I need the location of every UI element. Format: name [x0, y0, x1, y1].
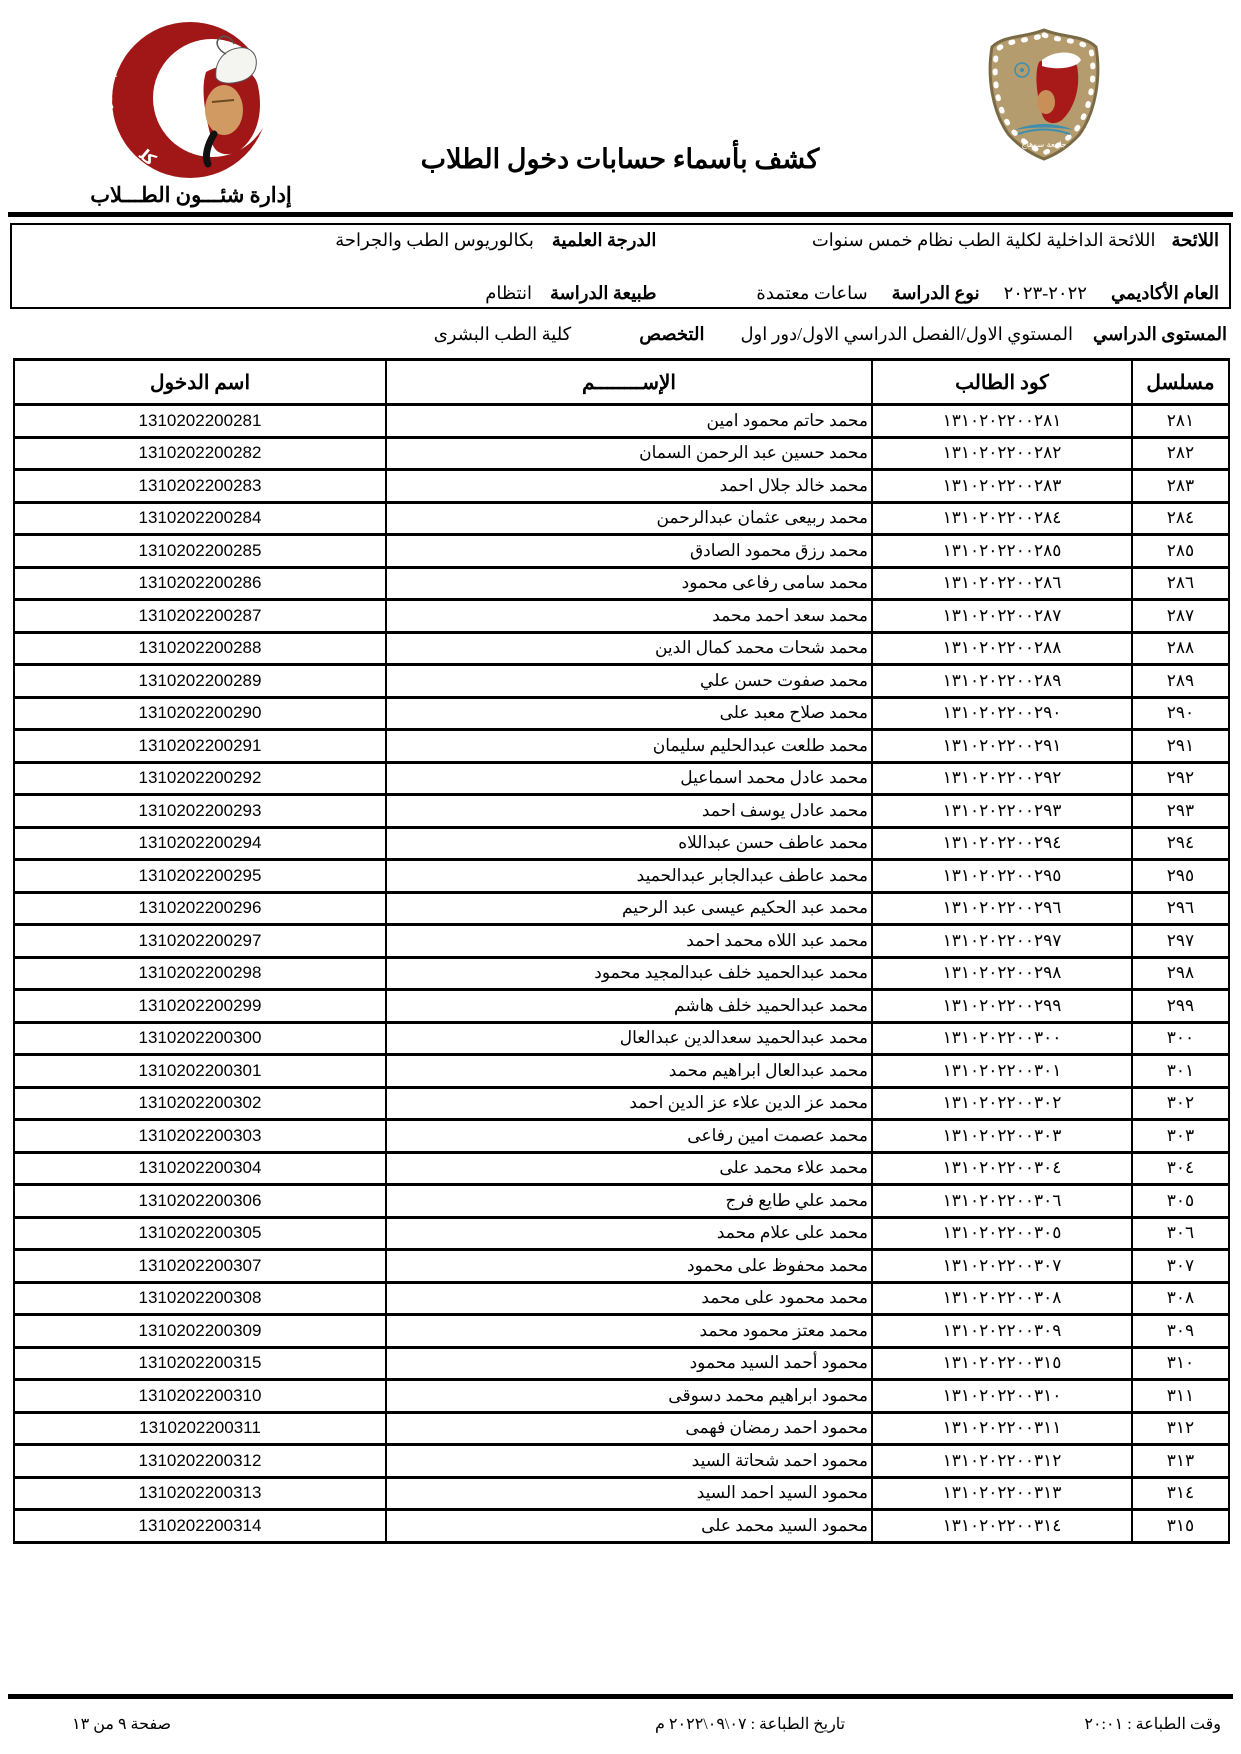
table-row: ٣٠٨١٣١٠٢٠٢٢٠٠٣٠٨محمد محمود على محمد13102…	[14, 1282, 1229, 1315]
cell-login: 1310202200312	[14, 1445, 386, 1478]
cell-code: ١٣١٠٢٠٢٢٠٠٢٨٤	[872, 502, 1132, 535]
cell-name: محمد عبدالعال ابراهيم محمد	[386, 1055, 872, 1088]
table-row: ٢٩١١٣١٠٢٠٢٢٠٠٢٩١محمد طلعت عبدالحليم سليم…	[14, 730, 1229, 763]
cell-login: 1310202200281	[14, 405, 386, 438]
table-row: ٢٩٦١٣١٠٢٠٢٢٠٠٢٩٦محمد عبد الحكيم عيسى عبد…	[14, 892, 1229, 925]
cell-serial: ٣٠٦	[1132, 1217, 1229, 1250]
cell-serial: ٢٩٨	[1132, 957, 1229, 990]
cell-code: ١٣١٠٢٠٢٢٠٠٢٨٢	[872, 437, 1132, 470]
level-value: المستوي الاول/الفصل الدراسي الاول/دور او…	[740, 324, 1073, 345]
level-row: المستوى الدراسي المستوي الاول/الفصل الدر…	[14, 324, 1227, 345]
cell-login: 1310202200306	[14, 1185, 386, 1218]
degree-label: الدرجة العلمية	[552, 230, 657, 251]
cell-serial: ٣٠٤	[1132, 1152, 1229, 1185]
cell-code: ١٣١٠٢٠٢٢٠٠٢٨٣	[872, 470, 1132, 503]
report-page: جامعة سوهاج كلية الطب إدارة شئـــون الطـ…	[0, 0, 1241, 1754]
table-row: ٣٠٣١٣١٠٢٠٢٢٠٠٣٠٣محمد عصمت امين رفاعى1310…	[14, 1120, 1229, 1153]
cell-serial: ٢٩٦	[1132, 892, 1229, 925]
cell-code: ١٣١٠٢٠٢٢٠٠٣١١	[872, 1412, 1132, 1445]
cell-code: ١٣١٠٢٠٢٢٠٠٣١٠	[872, 1380, 1132, 1413]
cell-code: ١٣١٠٢٠٢٢٠٠٣٠٤	[872, 1152, 1132, 1185]
cell-login: 1310202200294	[14, 827, 386, 860]
cell-login: 1310202200283	[14, 470, 386, 503]
table-header-row: مسلسل كود الطالب الإســــــــم اسم الدخو…	[14, 360, 1229, 405]
table-row: ٣٠٦١٣١٠٢٠٢٢٠٠٣٠٥محمد على علام محمد131020…	[14, 1217, 1229, 1250]
cell-login: 1310202200286	[14, 567, 386, 600]
footer-divider	[8, 1694, 1233, 1699]
cell-login: 1310202200311	[14, 1412, 386, 1445]
cell-name: محمد صفوت حسن علي	[386, 665, 872, 698]
cell-name: محمد معتز محمود محمد	[386, 1315, 872, 1348]
cell-serial: ٢٩١	[1132, 730, 1229, 763]
cell-code: ١٣١٠٢٠٢٢٠٠٣٠٦	[872, 1185, 1132, 1218]
cell-login: 1310202200301	[14, 1055, 386, 1088]
cell-name: محمد علي طايع فرج	[386, 1185, 872, 1218]
cell-serial: ٢٨٥	[1132, 535, 1229, 568]
cell-code: ١٣١٠٢٠٢٢٠٠٣٠٩	[872, 1315, 1132, 1348]
table-row: ٣١٤١٣١٠٢٠٢٢٠٠٣١٣محمود السيد احمد السيد13…	[14, 1477, 1229, 1510]
cell-login: 1310202200291	[14, 730, 386, 763]
cell-name: محمود احمد رمضان فهمى	[386, 1412, 872, 1445]
cell-name: محمود احمد شحاتة السيد	[386, 1445, 872, 1478]
faculty-of-medicine-logo: جامعة سوهاج كلية الطب	[88, 10, 318, 185]
cell-serial: ٣٠٥	[1132, 1185, 1229, 1218]
cell-name: محمد خالد جلال احمد	[386, 470, 872, 503]
department-label: إدارة شئـــون الطـــلاب	[50, 183, 332, 208]
table-row: ٢٨٢١٣١٠٢٠٢٢٠٠٢٨٢محمد حسين عبد الرحمن الس…	[14, 437, 1229, 470]
table-row: ٣١٠١٣١٠٢٠٢٢٠٠٣١٥محمود أحمد السيد محمود13…	[14, 1347, 1229, 1380]
cell-name: محمد عادل يوسف احمد	[386, 795, 872, 828]
table-row: ٢٩٥١٣١٠٢٠٢٢٠٠٢٩٥محمد عاطف عبدالجابر عبدا…	[14, 860, 1229, 893]
cell-name: محمد عز الدين علاء عز الدين احمد	[386, 1087, 872, 1120]
cell-login: 1310202200285	[14, 535, 386, 568]
study-nature-label: طبيعة الدراسة	[550, 283, 656, 304]
cell-name: محمد طلعت عبدالحليم سليمان	[386, 730, 872, 763]
cell-name: محمد علاء محمد على	[386, 1152, 872, 1185]
cell-login: 1310202200288	[14, 632, 386, 665]
cell-code: ١٣١٠٢٠٢٢٠٠٢٩١	[872, 730, 1132, 763]
table-row: ٣٠٧١٣١٠٢٠٢٢٠٠٣٠٧محمد محفوظ على محمود1310…	[14, 1250, 1229, 1283]
print-time: وقت الطباعة : ٢٠:٠١	[1084, 1714, 1221, 1734]
cell-login: 1310202200303	[14, 1120, 386, 1153]
cell-serial: ٢٩٠	[1132, 697, 1229, 730]
cell-login: 1310202200293	[14, 795, 386, 828]
cell-name: محمد عاطف عبدالجابر عبدالحميد	[386, 860, 872, 893]
cell-code: ١٣١٠٢٠٢٢٠٠٣٠٧	[872, 1250, 1132, 1283]
cell-login: 1310202200313	[14, 1477, 386, 1510]
cell-code: ١٣١٠٢٠٢٢٠٠٢٩٨	[872, 957, 1132, 990]
cell-serial: ٢٩٧	[1132, 925, 1229, 958]
cell-code: ١٣١٠٢٠٢٢٠٠٣٠٢	[872, 1087, 1132, 1120]
academic-year-label: العام الأكاديمي	[1111, 283, 1219, 304]
cell-name: محمود ابراهيم محمد دسوقى	[386, 1380, 872, 1413]
cell-code: ١٣١٠٢٠٢٢٠٠٢٩٥	[872, 860, 1132, 893]
table-row: ٢٩٤١٣١٠٢٠٢٢٠٠٢٩٤محمد عاطف حسن عبداللاه13…	[14, 827, 1229, 860]
degree-value: بكالوريوس الطب والجراحة	[335, 230, 534, 251]
cell-serial: ٢٨٤	[1132, 502, 1229, 535]
cell-login: 1310202200305	[14, 1217, 386, 1250]
cell-name: محمود أحمد السيد محمود	[386, 1347, 872, 1380]
cell-login: 1310202200298	[14, 957, 386, 990]
table-row: ٢٩٢١٣١٠٢٠٢٢٠٠٢٩٢محمد عادل محمد اسماعيل13…	[14, 762, 1229, 795]
cell-name: محمد عصمت امين رفاعى	[386, 1120, 872, 1153]
cell-code: ١٣١٠٢٠٢٢٠٠٣١٢	[872, 1445, 1132, 1478]
header-serial: مسلسل	[1132, 360, 1229, 405]
header-student-code: كود الطالب	[872, 360, 1132, 405]
table-row: ٣١٣١٣١٠٢٠٢٢٠٠٣١٢محمود احمد شحاتة السيد13…	[14, 1445, 1229, 1478]
cell-login: 1310202200295	[14, 860, 386, 893]
cell-login: 1310202200309	[14, 1315, 386, 1348]
cell-serial: ٣٠٧	[1132, 1250, 1229, 1283]
cell-code: ١٣١٠٢٠٢٢٠٠٢٨١	[872, 405, 1132, 438]
cell-login: 1310202200296	[14, 892, 386, 925]
cell-serial: ٢٩٥	[1132, 860, 1229, 893]
cell-login: 1310202200315	[14, 1347, 386, 1380]
study-nature-value: انتظام	[485, 283, 532, 304]
cell-code: ١٣١٠٢٠٢٢٠٠٣١٣	[872, 1477, 1132, 1510]
cell-login: 1310202200284	[14, 502, 386, 535]
cell-code: ١٣١٠٢٠٢٢٠٠٢٩٣	[872, 795, 1132, 828]
cell-serial: ٣٠١	[1132, 1055, 1229, 1088]
regulation-label: اللائحة	[1171, 230, 1219, 251]
emblem-bottom-text: جامعة سوهاج	[1021, 140, 1066, 149]
cell-login: 1310202200297	[14, 925, 386, 958]
table-row: ٢٩٧١٣١٠٢٠٢٢٠٠٢٩٧محمد عبد اللاه محمد احمد…	[14, 925, 1229, 958]
cell-code: ١٣١٠٢٠٢٢٠٠٣٠٥	[872, 1217, 1132, 1250]
cell-login: 1310202200299	[14, 990, 386, 1023]
table-row: ٢٨١١٣١٠٢٠٢٢٠٠٢٨١محمد حاتم محمود امين1310…	[14, 405, 1229, 438]
table-row: ٢٩٣١٣١٠٢٠٢٢٠٠٢٩٣محمد عادل يوسف احمد13102…	[14, 795, 1229, 828]
table-row: ٢٩٩١٣١٠٢٠٢٢٠٠٢٩٩محمد عبدالحميد خلف هاشم1…	[14, 990, 1229, 1023]
cell-login: 1310202200304	[14, 1152, 386, 1185]
program-info-box: اللائحة اللائحة الداخلية لكلية الطب نظام…	[10, 223, 1231, 309]
page-number: صفحة ٩ من ١٣	[72, 1714, 171, 1734]
cell-serial: ٢٩٢	[1132, 762, 1229, 795]
cell-name: محمد عبد اللاه محمد احمد	[386, 925, 872, 958]
cell-login: 1310202200290	[14, 697, 386, 730]
cell-name: محمود السيد محمد على	[386, 1510, 872, 1543]
table-row: ٢٨٥١٣١٠٢٠٢٢٠٠٢٨٥محمد رزق محمود الصادق131…	[14, 535, 1229, 568]
cell-serial: ٢٩٤	[1132, 827, 1229, 860]
cell-code: ١٣١٠٢٠٢٢٠٠٢٨٦	[872, 567, 1132, 600]
table-row: ٢٨٦١٣١٠٢٠٢٢٠٠٢٨٦محمد سامى رفاعى محمود131…	[14, 567, 1229, 600]
cell-serial: ٣١٤	[1132, 1477, 1229, 1510]
cell-name: محمد سامى رفاعى محمود	[386, 567, 872, 600]
table-row: ٣٠٩١٣١٠٢٠٢٢٠٠٣٠٩محمد معتز محمود محمد1310…	[14, 1315, 1229, 1348]
cell-name: محمد شحات محمد كمال الدين	[386, 632, 872, 665]
level-label: المستوى الدراسي	[1093, 324, 1227, 345]
header-divider	[8, 212, 1233, 217]
cell-name: محمد عاطف حسن عبداللاه	[386, 827, 872, 860]
specialty-label: التخصص	[639, 324, 704, 345]
cell-serial: ٢٨٩	[1132, 665, 1229, 698]
cell-code: ١٣١٠٢٠٢٢٠٠٣١٥	[872, 1347, 1132, 1380]
table-row: ٣٠٥١٣١٠٢٠٢٢٠٠٣٠٦محمد علي طايع فرج1310202…	[14, 1185, 1229, 1218]
cell-login: 1310202200314	[14, 1510, 386, 1543]
cell-serial: ٢٨١	[1132, 405, 1229, 438]
cell-login: 1310202200302	[14, 1087, 386, 1120]
regulation-value: اللائحة الداخلية لكلية الطب نظام خمس سنو…	[812, 230, 1156, 251]
cell-login: 1310202200307	[14, 1250, 386, 1283]
cell-name: محمد صلاح معبد على	[386, 697, 872, 730]
table-row: ٢٨٩١٣١٠٢٠٢٢٠٠٢٨٩محمد صفوت حسن علي1310202…	[14, 665, 1229, 698]
cell-serial: ٢٩٣	[1132, 795, 1229, 828]
cell-login: 1310202200289	[14, 665, 386, 698]
cell-name: محمد عبدالحميد خلف عبدالمجيد محمود	[386, 957, 872, 990]
header-login-name: اسم الدخول	[14, 360, 386, 405]
table-row: ٣٠٤١٣١٠٢٠٢٢٠٠٣٠٤محمد علاء محمد على131020…	[14, 1152, 1229, 1185]
cell-code: ١٣١٠٢٠٢٢٠٠٢٩٩	[872, 990, 1132, 1023]
study-type-value: ساعات معتمدة	[756, 283, 867, 304]
cell-login: 1310202200310	[14, 1380, 386, 1413]
info-row-2: العام الأكاديمي ٢٠٢٢-٢٠٢٣ نوع الدراسة سا…	[22, 283, 1219, 304]
cell-serial: ٣١٠	[1132, 1347, 1229, 1380]
print-date: تاريخ الطباعة : ٠٧\٠٩\٢٠٢٢ م	[655, 1714, 845, 1734]
academic-year-value: ٢٠٢٢-٢٠٢٣	[1004, 283, 1087, 304]
cell-login: 1310202200292	[14, 762, 386, 795]
cell-login: 1310202200300	[14, 1022, 386, 1055]
cell-code: ١٣١٠٢٠٢٢٠٠٢٩٧	[872, 925, 1132, 958]
cell-serial: ٣١٣	[1132, 1445, 1229, 1478]
svg-text:جامعة سوهاج: جامعة سوهاج	[88, 10, 120, 111]
table-row: ٢٨٨١٣١٠٢٠٢٢٠٠٢٨٨محمد شحات محمد كمال الدي…	[14, 632, 1229, 665]
table-row: ٢٨٣١٣١٠٢٠٢٢٠٠٢٨٣محمد خالد جلال احمد13102…	[14, 470, 1229, 503]
students-login-table: مسلسل كود الطالب الإســــــــم اسم الدخو…	[13, 358, 1230, 1544]
cell-name: محمد حسين عبد الرحمن السمان	[386, 437, 872, 470]
cell-serial: ٢٨٦	[1132, 567, 1229, 600]
header-name: الإســــــــم	[386, 360, 872, 405]
cell-code: ١٣١٠٢٠٢٢٠٠٢٨٥	[872, 535, 1132, 568]
cell-serial: ٣٠٢	[1132, 1087, 1229, 1120]
cell-serial: ٣١٥	[1132, 1510, 1229, 1543]
table-row: ٣١٥١٣١٠٢٠٢٢٠٠٣١٤محمود السيد محمد على1310…	[14, 1510, 1229, 1543]
cell-serial: ٣٠٣	[1132, 1120, 1229, 1153]
cell-code: ١٣١٠٢٠٢٢٠٠٢٨٧	[872, 600, 1132, 633]
cell-serial: ٢٨٨	[1132, 632, 1229, 665]
cell-serial: ٢٩٩	[1132, 990, 1229, 1023]
cell-code: ١٣١٠٢٠٢٢٠٠٣١٤	[872, 1510, 1132, 1543]
info-row-1: اللائحة اللائحة الداخلية لكلية الطب نظام…	[22, 230, 1219, 251]
cell-name: محمد حاتم محمود امين	[386, 405, 872, 438]
table-body: ٢٨١١٣١٠٢٠٢٢٠٠٢٨١محمد حاتم محمود امين1310…	[14, 405, 1229, 1543]
cell-code: ١٣١٠٢٠٢٢٠٠٣٠٣	[872, 1120, 1132, 1153]
cell-name: محمد عبدالحميد خلف هاشم	[386, 990, 872, 1023]
cell-code: ١٣١٠٢٠٢٢٠٠٣٠٠	[872, 1022, 1132, 1055]
cell-code: ١٣١٠٢٠٢٢٠٠٢٨٩	[872, 665, 1132, 698]
cell-serial: ٣١١	[1132, 1380, 1229, 1413]
cell-code: ١٣١٠٢٠٢٢٠٠٢٩٢	[872, 762, 1132, 795]
cell-serial: ٣٠٩	[1132, 1315, 1229, 1348]
cell-serial: ٣٠٠	[1132, 1022, 1229, 1055]
study-type-label: نوع الدراسة	[892, 283, 980, 304]
cell-name: محمد محمود على محمد	[386, 1282, 872, 1315]
table-row: ٣١١١٣١٠٢٠٢٢٠٠٣١٠محمود ابراهيم محمد دسوقى…	[14, 1380, 1229, 1413]
cell-code: ١٣١٠٢٠٢٢٠٠٢٩٦	[872, 892, 1132, 925]
cell-name: محمد سعد احمد محمد	[386, 600, 872, 633]
cell-name: محمد محفوظ على محمود	[386, 1250, 872, 1283]
table-row: ٣١٢١٣١٠٢٠٢٢٠٠٣١١محمود احمد رمضان فهمى131…	[14, 1412, 1229, 1445]
sohag-university-emblem: جامعة سوهاج	[984, 26, 1104, 162]
cell-login: 1310202200282	[14, 437, 386, 470]
cell-login: 1310202200308	[14, 1282, 386, 1315]
table-row: ٢٩٠١٣١٠٢٠٢٢٠٠٢٩٠محمد صلاح معبد على131020…	[14, 697, 1229, 730]
cell-name: محمود السيد احمد السيد	[386, 1477, 872, 1510]
cell-name: محمد على علام محمد	[386, 1217, 872, 1250]
cell-serial: ٢٨٣	[1132, 470, 1229, 503]
cell-code: ١٣١٠٢٠٢٢٠٠٢٨٨	[872, 632, 1132, 665]
cell-serial: ٣١٢	[1132, 1412, 1229, 1445]
cell-name: محمد عادل محمد اسماعيل	[386, 762, 872, 795]
cell-code: ١٣١٠٢٠٢٢٠٠٢٩٤	[872, 827, 1132, 860]
logo-university-text: جامعة سوهاج	[88, 10, 120, 111]
cell-serial: ٣٠٨	[1132, 1282, 1229, 1315]
specialty-value: كلية الطب البشرى	[434, 324, 572, 345]
cell-serial: ٢٨٧	[1132, 600, 1229, 633]
table-row: ٣٠٢١٣١٠٢٠٢٢٠٠٣٠٢محمد عز الدين علاء عز ال…	[14, 1087, 1229, 1120]
cell-code: ١٣١٠٢٠٢٢٠٠٣٠٨	[872, 1282, 1132, 1315]
cell-login: 1310202200287	[14, 600, 386, 633]
cell-name: محمد عبد الحكيم عيسى عبد الرحيم	[386, 892, 872, 925]
table-row: ٢٨٧١٣١٠٢٠٢٢٠٠٢٨٧محمد سعد احمد محمد131020…	[14, 600, 1229, 633]
cell-name: محمد عبدالحميد سعدالدين عبدالعال	[386, 1022, 872, 1055]
cell-serial: ٢٨٢	[1132, 437, 1229, 470]
cell-code: ١٣١٠٢٠٢٢٠٠٢٩٠	[872, 697, 1132, 730]
cell-name: محمد رزق محمود الصادق	[386, 535, 872, 568]
table-row: ٢٩٨١٣١٠٢٠٢٢٠٠٢٩٨محمد عبدالحميد خلف عبدال…	[14, 957, 1229, 990]
table-row: ٢٨٤١٣١٠٢٠٢٢٠٠٢٨٤محمد ربيعى عثمان عبدالرح…	[14, 502, 1229, 535]
cell-code: ١٣١٠٢٠٢٢٠٠٣٠١	[872, 1055, 1132, 1088]
table-row: ٣٠١١٣١٠٢٠٢٢٠٠٣٠١محمد عبدالعال ابراهيم مح…	[14, 1055, 1229, 1088]
page-title: كشف بأسماء حسابات دخول الطلاب	[358, 144, 882, 175]
cell-name: محمد ربيعى عثمان عبدالرحمن	[386, 502, 872, 535]
table-row: ٣٠٠١٣١٠٢٠٢٢٠٠٣٠٠محمد عبدالحميد سعدالدين …	[14, 1022, 1229, 1055]
